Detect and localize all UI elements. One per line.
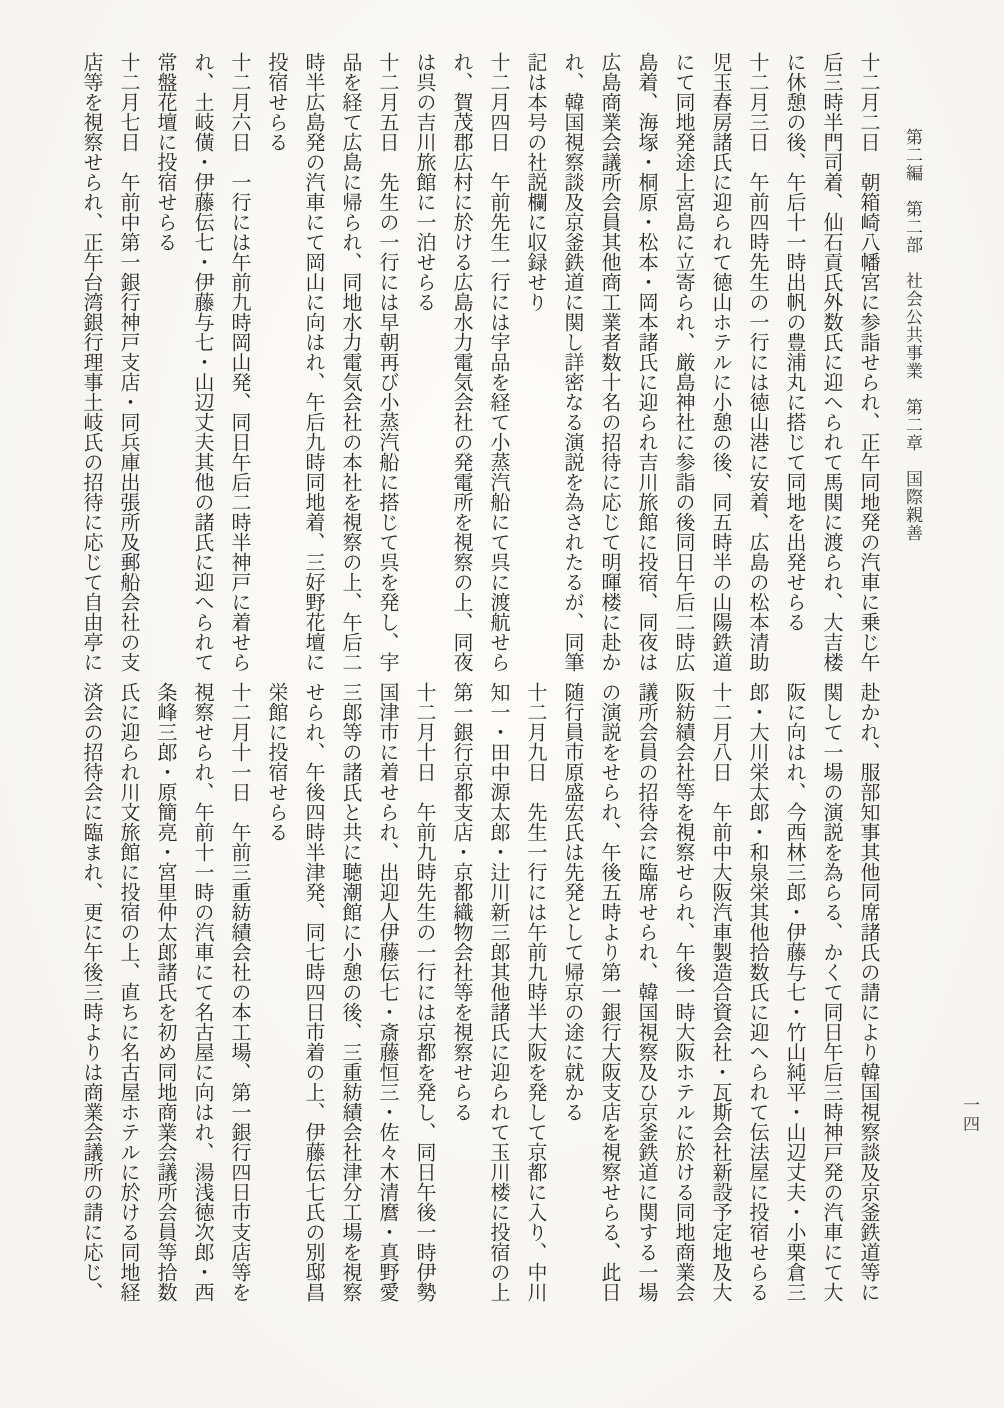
text-column: 常盤花壇に投宿せらる — [146, 52, 183, 676]
text-column: 児玉春房諸氏に迎られて徳山ホテルに小憩の後、同五時半の山陽鉄道 — [701, 52, 738, 676]
text-column: 関して一場の演説を為らる、かくて同日午后三時神戸発の汽車にて大 — [812, 682, 849, 1306]
text-column: 視察せられ、午前十一時の汽車にて名古屋に向はれ、湯浅徳次郎・西 — [183, 682, 220, 1306]
text-column: 十二月四日 午前先生一行には宇品を経て小蒸汽船にて呉に渡航せら — [479, 52, 516, 676]
text-column: 記は本号の社説欄に収録せり — [516, 52, 553, 676]
text-column: 十二月五日 先生の一行には早朝再び小蒸汽船に搭じて呉を発し、宇 — [368, 52, 405, 676]
text-column: 済会の招待会に臨まれ、更に午後三時よりは商業会議所の請に応じ、 — [72, 682, 109, 1306]
text-column: 赴かれ、服部知事其他同席諸氏の請により韓国視察談及京釜鉄道等に — [849, 682, 886, 1306]
text-column: 島着、海塚・桐原・松本・岡本諸氏に迎られ吉川旅館に投宿、同夜は — [627, 52, 664, 676]
text-column: 十二月七日 午前中第一銀行神戸支店・同兵庫出張所及郵船会社の支 — [109, 52, 146, 676]
text-column: 氏に迎られ川文旅館に投宿の上、直ちに名古屋ホテルに於ける同地経 — [109, 682, 146, 1306]
text-column: 条峰三郎・原簡亮・宮里仲太郎諸氏を初め同地商業会議所会員等拾数 — [146, 682, 183, 1306]
text-column: 店等を視察せられ、正午台湾銀行理事土岐氏の招待に応じて自由亭に — [72, 52, 109, 676]
text-column: 十二月十日 午前九時先生の一行には京都を発し、同日午後一時伊勢 — [405, 682, 442, 1306]
text-column: 阪に向はれ、今西林三郎・伊藤与七・竹山純平・山辺丈夫・小栗倉三 — [775, 682, 812, 1306]
text-column: は呉の吉川旅館に一泊せらる — [405, 52, 442, 676]
text-column: 時半広島発の汽車にて岡山に向はれ、午后九時同地着、三好野花壇に — [294, 52, 331, 676]
text-column: 議所会員の招待会に臨席せられ、韓国視察及ひ京釜鉄道に関する一場 — [627, 682, 664, 1306]
text-column: 阪紡績会社等を視察せられ、午後一時大阪ホテルに於ける同地商業会 — [664, 682, 701, 1306]
text-column: せられ、午後四時半津発、同七時四日市着の上、伊藤伝七氏の別邸昌 — [294, 682, 331, 1306]
text-column: 三郎等の諸氏と共に聴潮館に小憩の後、三重紡績会社津分工場を視察 — [331, 682, 368, 1306]
text-column: にて同地発途上宮島に立寄られ、厳島神社に参詣の後同日午后二時広 — [664, 52, 701, 676]
text-column: 広島商業会議所会員其他商工業者数十名の招待に応じて明暉楼に赴か — [590, 52, 627, 676]
text-column: 品を経て広島に帰られ、同地水力電気会社の本社を視察の上、午后二 — [331, 52, 368, 676]
text-column: 国津市に着せられ、出迎人伊藤伝七・斎藤恒三・佐々木清麿・真野愛 — [368, 682, 405, 1306]
text-column: 郎・大川栄太郎・和泉栄其他拾数氏に迎へられて伝法屋に投宿せらる — [738, 682, 775, 1306]
text-column: 后三時半門司着、仙石貢氏外数氏に迎へられて馬関に渡られ、大吉楼 — [812, 52, 849, 676]
book-page: 第二編 第二部 社会公共事業 第二章 国際親善 十二月二日 朝箱崎八幡宮に参詣せ… — [0, 0, 1004, 1408]
text-column: 知一・田中源太郎・辻川新三郎其他諸氏に迎られて玉川楼に投宿の上 — [479, 682, 516, 1306]
text-column: 十二月六日 一行には午前九時岡山発、同日午后二時半神戸に着せら — [220, 52, 257, 676]
text-column: 十二月三日 午前四時先生の一行には徳山港に安着、広島の松本清助 — [738, 52, 775, 676]
text-column: 栄館に投宿せらる — [257, 682, 294, 1306]
text-column: 十二月二日 朝箱崎八幡宮に参詣せられ、正午同地発の汽車に乗じ午 — [849, 52, 886, 676]
text-column: 投宿せらる — [257, 52, 294, 676]
text-column: れ、土岐僙・伊藤伝七・伊藤与七・山辺丈夫其他の諸氏に迎へられて — [183, 52, 220, 676]
text-column: 随行員市原盛宏氏は先発として帰京の途に就かる — [553, 682, 590, 1306]
text-column: れ、賀茂郡広村に於ける広島水力電気会社の発電所を視察の上、同夜 — [442, 52, 479, 676]
text-column: 十二月十一日 午前三重紡績会社の本工場、第一銀行四日市支店等を — [220, 682, 257, 1306]
text-column: 十二月八日 午前中大阪汽車製造合資会社・瓦斯会社新設予定地及大 — [701, 682, 738, 1306]
text-column: の演説をせられ、午後五時より第一銀行大阪支店を視察せらる、此日 — [590, 682, 627, 1306]
top-text-block: 十二月二日 朝箱崎八幡宮に参詣せられ、正午同地発の汽車に乗じ午后三時半門司着、仙… — [70, 52, 886, 676]
text-column: に休憩の後、午后十一時出帆の豊浦丸に搭じて同地を出発せらる — [775, 52, 812, 676]
chapter-header: 第二編 第二部 社会公共事業 第二章 国際親善 — [900, 128, 924, 542]
text-column: 第一銀行京都支店・京都織物会社等を視察せらる — [442, 682, 479, 1306]
page-number: 一四 — [958, 1096, 980, 1134]
text-column: れ、韓国視察談及京釜鉄道に関し詳密なる演説を為されたるが、同筆 — [553, 52, 590, 676]
bottom-text-block: 赴かれ、服部知事其他同席諸氏の請により韓国視察談及京釜鉄道等に関して一場の演説を… — [70, 682, 886, 1306]
text-column: 十二月九日 先生一行には午前九時半大阪を発して京都に入り、中川 — [516, 682, 553, 1306]
